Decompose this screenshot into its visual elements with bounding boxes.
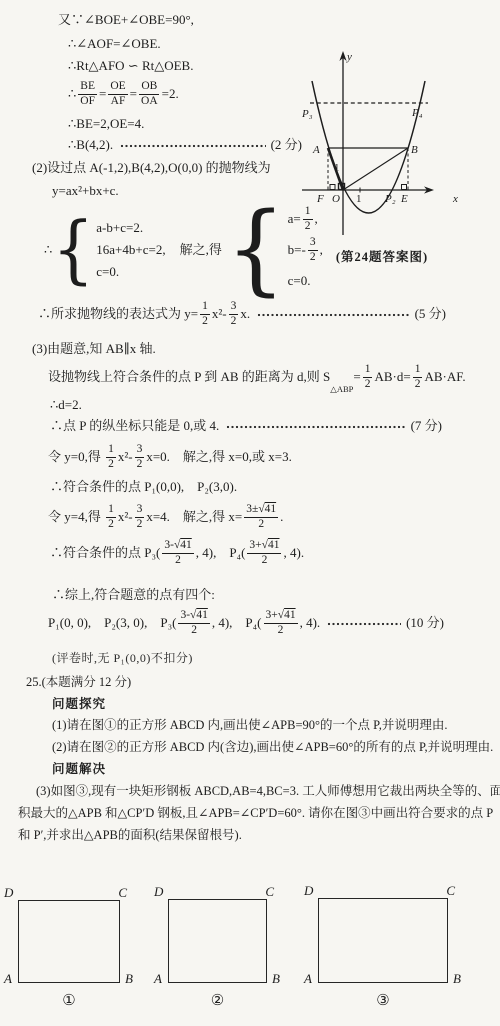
text-run: y=ax²+bx+c. xyxy=(52,183,119,199)
fraction: 3-√412 xyxy=(162,539,193,567)
text-run: ∴d=2. xyxy=(50,397,82,413)
diagram-number-3: ③ xyxy=(376,991,389,1010)
corner-label-C: C xyxy=(446,883,455,899)
label-origin: O xyxy=(332,193,340,205)
fraction: 3±√412 xyxy=(244,503,278,531)
text-line: (评卷时,无 P₁(0,0)不扣分) xyxy=(52,651,193,666)
text-run: . xyxy=(280,509,283,525)
text-run: = xyxy=(99,86,106,102)
text-run: , 4), P₄( xyxy=(196,545,246,561)
text-line: 问题探究 xyxy=(52,697,106,713)
text-run: 问题解决 xyxy=(52,762,106,778)
fraction: OBOA xyxy=(139,80,160,108)
text-run: 积最大的△APB 和△CP′D 钢板,且∠APB=∠CP′D=60°. 请你在图… xyxy=(18,806,493,822)
text-line: ∴BE=2,OE=4. xyxy=(68,116,144,132)
text-run: 令 y=4,得 xyxy=(48,509,104,525)
diagram-square-2: D C A B ② xyxy=(168,899,267,983)
parabola-curve xyxy=(312,81,425,213)
text-run: x²- xyxy=(118,449,133,465)
text-line: 令 y=4,得 12x²-32x=4. 解之,得 x=3±√412. xyxy=(48,503,283,531)
text-run: x²- xyxy=(118,509,133,525)
label-B: B xyxy=(411,144,418,156)
text-line: 令 y=0,得 12x²-32x=0. 解之,得 x=0,或 x=3. xyxy=(48,443,292,471)
text-run: , 4). xyxy=(283,545,304,561)
fraction: 3+√412 xyxy=(247,539,281,567)
text-run: ∴符合条件的点 P₁(0,0), P₂(3,0). xyxy=(50,479,237,495)
text-run: 问题探究 xyxy=(52,697,106,713)
text-line: 设抛物线上符合条件的点 P 到 AB 的距离为 d,则 S△ABP=12AB·d… xyxy=(48,363,466,391)
fraction: 3+√412 xyxy=(264,609,298,637)
segment-OB xyxy=(343,148,408,190)
text-run: (3)如图③,现有一块矩形钢板 ABCD,AB=4,BC=3. 工人师傅想用它裁… xyxy=(36,784,500,800)
corner-label-A: A xyxy=(4,971,12,987)
text-line: 又∵∠BOE+∠OBE=90°, xyxy=(58,12,194,28)
label-P4: P₄ xyxy=(411,107,423,119)
text-line: P₁(0, 0), P₂(3, 0), P₃(3-√412, 4), P₄(3+… xyxy=(48,609,444,637)
text-line: (2)设过点 A(-1,2),B(4,2),O(0,0) 的抛物线为 xyxy=(32,160,271,176)
fraction: 32 xyxy=(135,443,145,471)
corner-label-D: D xyxy=(4,885,13,901)
label-y-axis: y xyxy=(346,51,352,63)
left-brace: { xyxy=(52,213,94,287)
sqrt-radical: √41 xyxy=(258,503,276,515)
fraction: 12 xyxy=(106,503,116,531)
subscript: △ABP xyxy=(330,384,353,395)
text-line: 积最大的△APB 和△CP′D 钢板,且∠APB=∠CP′D=60°. 请你在图… xyxy=(18,806,493,822)
text-run: (1)请在图①的正方形 ABCD 内,画出使∠APB=90°的一个点 P,并说明… xyxy=(52,718,447,734)
text-run: AB·d= xyxy=(374,369,410,385)
label-tick1y: 1 xyxy=(334,162,340,174)
text-run: , 4), P₄( xyxy=(212,615,262,631)
label-P2: P₂ xyxy=(384,193,396,205)
text-line: ∴符合条件的点 P₃(3-√412, 4), P₄(3+√412, 4). xyxy=(50,539,304,567)
text-run: x. xyxy=(240,306,250,322)
text-run: (3)由题意,知 AB∥x 轴. xyxy=(32,341,156,357)
system-solution: c=0. xyxy=(288,266,323,297)
text-run: AB·AF. xyxy=(424,369,465,385)
text-run: 和 P′,并求出△APB的面积(结果保留根号). xyxy=(18,828,242,844)
dotted-leader xyxy=(257,311,410,318)
text-run: (评卷时,无 P₁(0,0)不扣分) xyxy=(52,651,193,666)
diagram-square-1: D C A B ① xyxy=(18,900,120,983)
figure24-graph: y x O F 1 P₂ E A B P₃ P₄ 1 xyxy=(301,45,493,245)
text-run: c=0. xyxy=(288,273,311,289)
corner-label-D: D xyxy=(154,884,163,900)
text-run: x=4. 解之,得 x= xyxy=(146,509,242,525)
text-run: x²- xyxy=(212,306,227,322)
text-run: , 4). xyxy=(300,615,321,631)
fraction: 12 xyxy=(200,300,210,328)
right-brace: { xyxy=(226,201,286,300)
right-angle-mark-E xyxy=(402,185,407,190)
label-P3: P₃ xyxy=(301,108,313,120)
corner-label-B: B xyxy=(125,971,133,987)
text-line: 问题解决 xyxy=(52,762,106,778)
text-run: ∴符合条件的点 P₃( xyxy=(50,545,160,561)
text-line: ∴综上,符合题意的点有四个: xyxy=(52,587,215,603)
text-run: P₁(0, 0), P₂(3, 0), P₃( xyxy=(48,615,176,631)
text-run: ∴ xyxy=(68,86,76,102)
equation-system: ∴{a-b+c=2.16a+4b+c=2,c=0.解之,得{a=12,b=-32… xyxy=(44,203,323,297)
text-run: 25.(本题满分 12 分) xyxy=(26,675,131,691)
label-E: E xyxy=(400,193,408,205)
text-run: x=0. 解之,得 x=0,或 x=3. xyxy=(146,449,292,465)
text-run: ∴点 P 的纵坐标只能是 0,或 4. xyxy=(50,418,219,434)
system-equation: c=0. xyxy=(96,261,165,283)
text-run: (5 分) xyxy=(415,306,446,322)
fraction: 3-√412 xyxy=(178,609,209,637)
text-run: 令 y=0,得 xyxy=(48,449,104,465)
label-F: F xyxy=(316,193,324,205)
text-line: ∴d=2. xyxy=(50,397,82,413)
text-line: ∴点 P 的纵坐标只能是 0,或 4.(7 分) xyxy=(50,418,442,434)
text-line: ∴B(4,2).(2 分) xyxy=(68,137,302,153)
diagram-number-1: ① xyxy=(62,991,75,1010)
answer-figure-24: y x O F 1 P₂ E A B P₃ P₄ 1 (第24题答案图) xyxy=(301,45,493,265)
sqrt-radical: √41 xyxy=(190,609,208,621)
dotted-leader xyxy=(120,142,265,149)
text-run: ∴BE=2,OE=4. xyxy=(68,116,144,132)
sqrt-radical: √41 xyxy=(174,539,192,551)
sqrt-radical: √41 xyxy=(278,609,296,621)
text-run: = xyxy=(130,86,137,102)
label-x-axis: x xyxy=(452,193,458,205)
fraction: BEOF xyxy=(78,80,97,108)
text-run: (2)请在图②的正方形 ABCD 内(含边),画出使∠APB=60°的所有的点 … xyxy=(52,740,493,756)
text-run: (2 分) xyxy=(271,137,302,153)
fraction: 32 xyxy=(229,300,239,328)
text-line: (3)由题意,知 AB∥x 轴. xyxy=(32,341,156,357)
diagram-number-2: ② xyxy=(211,991,224,1010)
system-equation: a-b+c=2. xyxy=(96,217,165,239)
corner-label-C: C xyxy=(265,884,274,900)
text-run: 设抛物线上符合条件的点 P 到 AB 的距离为 d,则 S xyxy=(48,369,330,385)
text-line: ∴Rt△AFO ∽ Rt△OEB. xyxy=(68,58,193,74)
corner-label-B: B xyxy=(453,971,461,987)
right-angle-mark-F xyxy=(330,185,335,190)
solve-label: 解之,得 xyxy=(180,242,222,258)
text-line: ∴∠AOF=∠OBE. xyxy=(68,36,161,52)
text-run: ∴所求抛物线的表达式为 y= xyxy=(38,306,198,322)
text-run: (10 分) xyxy=(406,615,444,631)
text-line: y=ax²+bx+c. xyxy=(52,183,119,199)
fraction: 12 xyxy=(363,363,373,391)
fraction: 32 xyxy=(135,503,145,531)
diagram-rectangle-3: D C A B ③ xyxy=(318,898,448,983)
text-line: (3)如图③,现有一块矩形钢板 ABCD,AB=4,BC=3. 工人师傅想用它裁… xyxy=(36,784,500,800)
text-run: 又∵∠BOE+∠OBE=90°, xyxy=(58,12,194,28)
corner-label-B: B xyxy=(272,971,280,987)
text-run: (2)设过点 A(-1,2),B(4,2),O(0,0) 的抛物线为 xyxy=(32,160,271,176)
fraction: 12 xyxy=(413,363,423,391)
text-run: =2. xyxy=(162,86,179,102)
fraction: 12 xyxy=(106,443,116,471)
text-run: ∴综上,符合题意的点有四个: xyxy=(52,587,215,603)
text-line: ∴所求抛物线的表达式为 y=12x²-32x.(5 分) xyxy=(38,300,446,328)
text-line: ∴BEOF=OEAF=OBOA=2. xyxy=(68,80,179,108)
corner-label-C: C xyxy=(118,885,127,901)
text-line: (2)请在图②的正方形 ABCD 内(含边),画出使∠APB=60°的所有的点 … xyxy=(52,740,493,756)
text-run: (7 分) xyxy=(411,418,442,434)
system-equation: 16a+4b+c=2, xyxy=(96,239,165,261)
text-line: 和 P′,并求出△APB的面积(结果保留根号). xyxy=(18,828,242,844)
text-run: a= xyxy=(288,211,301,227)
text-run: ∴∠AOF=∠OBE. xyxy=(68,36,161,52)
text-run: ∴B(4,2). xyxy=(68,137,113,153)
corner-label-D: D xyxy=(304,883,313,899)
fraction: OEAF xyxy=(108,80,127,108)
text-line: ∴符合条件的点 P₁(0,0), P₂(3,0). xyxy=(50,479,237,495)
label-A: A xyxy=(312,144,320,156)
therefore-symbol: ∴ xyxy=(44,242,52,258)
text-run: ∴Rt△AFO ∽ Rt△OEB. xyxy=(68,58,193,74)
sqrt-radical: √41 xyxy=(262,539,280,551)
dotted-leader xyxy=(226,423,405,430)
corner-label-A: A xyxy=(304,971,312,987)
text-line: 25.(本题满分 12 分) xyxy=(26,675,131,691)
label-tick1x: 1 xyxy=(356,193,362,205)
dotted-leader xyxy=(327,620,401,627)
figure-caption: (第24题答案图) xyxy=(301,247,463,265)
text-run: = xyxy=(353,369,360,385)
corner-label-A: A xyxy=(154,971,162,987)
text-line: (1)请在图①的正方形 ABCD 内,画出使∠APB=90°的一个点 P,并说明… xyxy=(52,718,447,734)
